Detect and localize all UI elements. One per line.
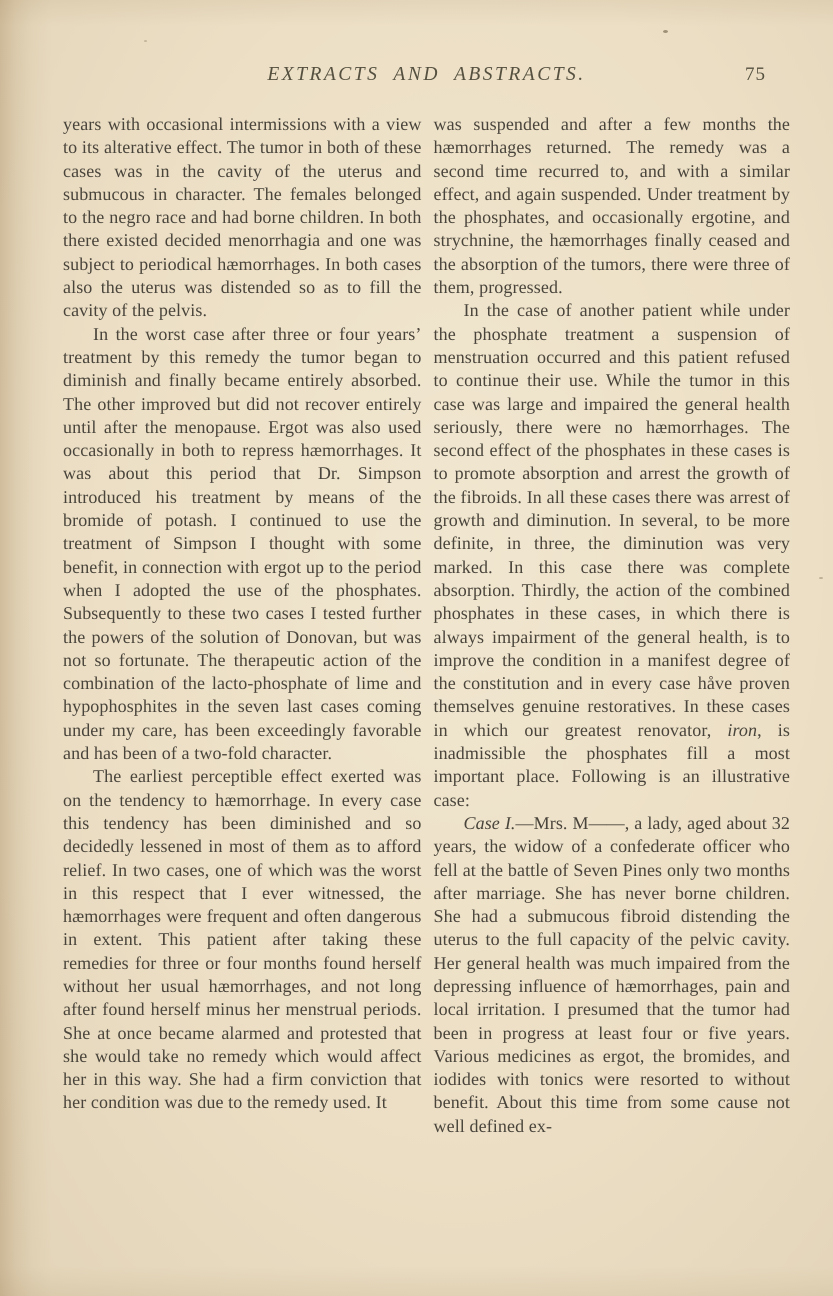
paper-speck [663, 30, 668, 33]
paper-speck [144, 40, 147, 42]
text-run: —Mrs. M——, a lady, aged about 32 years, … [434, 813, 791, 1136]
paragraph: Case I.—Mrs. M——, a lady, aged about 32 … [434, 812, 791, 1138]
left-column: years with occasional intermissions with… [63, 113, 422, 1138]
text-run: In the case of another patient while und… [434, 300, 791, 739]
text-run: In the worst case after three or four ye… [63, 324, 422, 763]
paragraph: In the case of another patient while und… [434, 299, 791, 812]
scanned-page: EXTRACTS AND ABSTRACTS. 75 years with oc… [0, 0, 833, 1296]
running-head: EXTRACTS AND ABSTRACTS. 75 [63, 64, 790, 90]
paragraph: The earliest perceptible effect exerted … [63, 765, 422, 1114]
page-number: 75 [745, 64, 766, 86]
text-run: years with occasional intermissions with… [63, 114, 422, 320]
right-column: was suspended and after a few months the… [434, 113, 791, 1138]
paragraph: In the worst case after three or four ye… [63, 323, 422, 766]
running-title: EXTRACTS AND ABSTRACTS. [63, 64, 790, 86]
page-content: EXTRACTS AND ABSTRACTS. 75 years with oc… [63, 64, 790, 1138]
paragraph: years with occasional intermissions with… [63, 113, 422, 323]
text-run: The earliest perceptible effect exerted … [63, 766, 422, 1112]
italic-text-run: iron [727, 720, 757, 740]
text-run: was suspended and after a few months the… [434, 114, 791, 297]
case-heading-italic: Case I. [464, 813, 516, 833]
text-columns: years with occasional intermissions with… [63, 113, 790, 1138]
paragraph: was suspended and after a few months the… [434, 113, 791, 299]
paper-speck [819, 577, 823, 579]
